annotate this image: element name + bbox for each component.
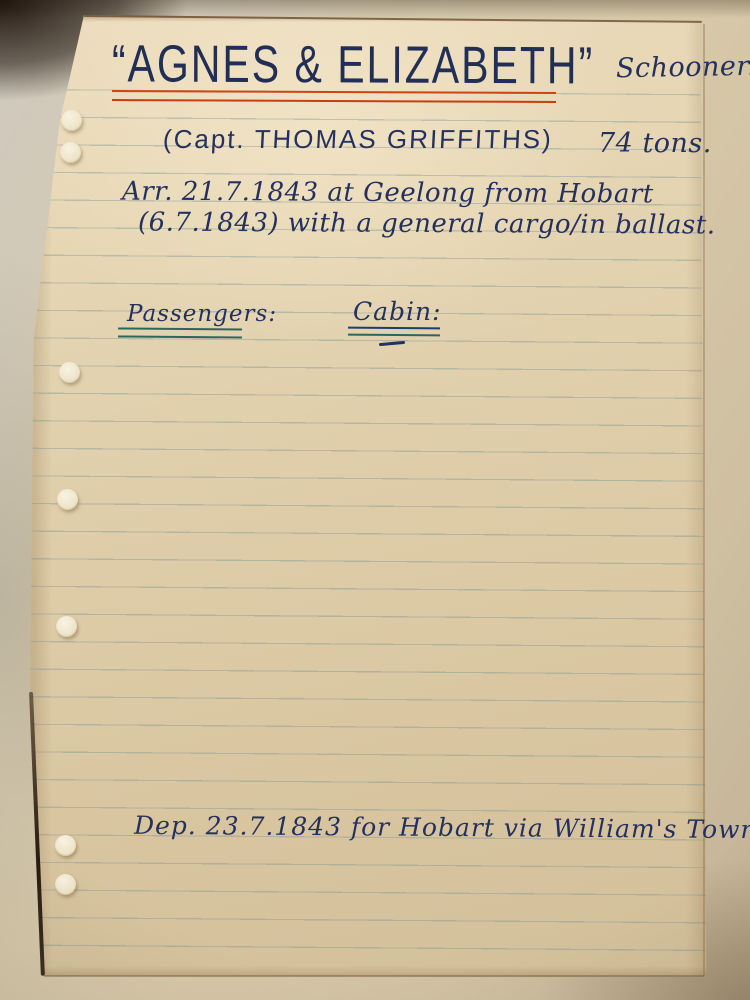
hole-punch-5 — [56, 616, 77, 637]
title-underline — [112, 90, 556, 103]
captain-line: (Capt. THOMAS GRIFFITHS) — [162, 124, 553, 155]
hole-punch-1 — [61, 110, 82, 131]
hole-punch-2 — [60, 142, 81, 163]
cabin-heading: Cabin: — [353, 297, 442, 326]
hole-punch-3 — [59, 362, 80, 383]
passengers-underline — [118, 327, 242, 338]
hole-punch-7 — [55, 874, 76, 895]
vessel-type-label: Schooner. — [616, 51, 750, 84]
passengers-heading: Passengers: — [127, 301, 277, 327]
cabin-underline — [348, 327, 440, 337]
photo-background: “AGNES & ELIZABETH” Schooner. (Capt. THO… — [0, 0, 750, 1000]
arrival-note-line-1: Arr. 21.7.1843 at Geelong from Hobart — [122, 177, 654, 210]
departure-note: Dep. 23.7.1843 for Hobart via William's … — [134, 811, 750, 844]
ship-title: “AGNES & ELIZABETH” — [112, 34, 594, 96]
hole-punch-4 — [57, 489, 78, 510]
hole-punch-6 — [55, 835, 76, 856]
tonnage-label: 74 tons. — [598, 128, 712, 159]
arrival-note-line-2: (6.7.1843) with a general cargo/in balla… — [138, 207, 716, 240]
paper-bottom-edge-shadow — [44, 975, 704, 977]
